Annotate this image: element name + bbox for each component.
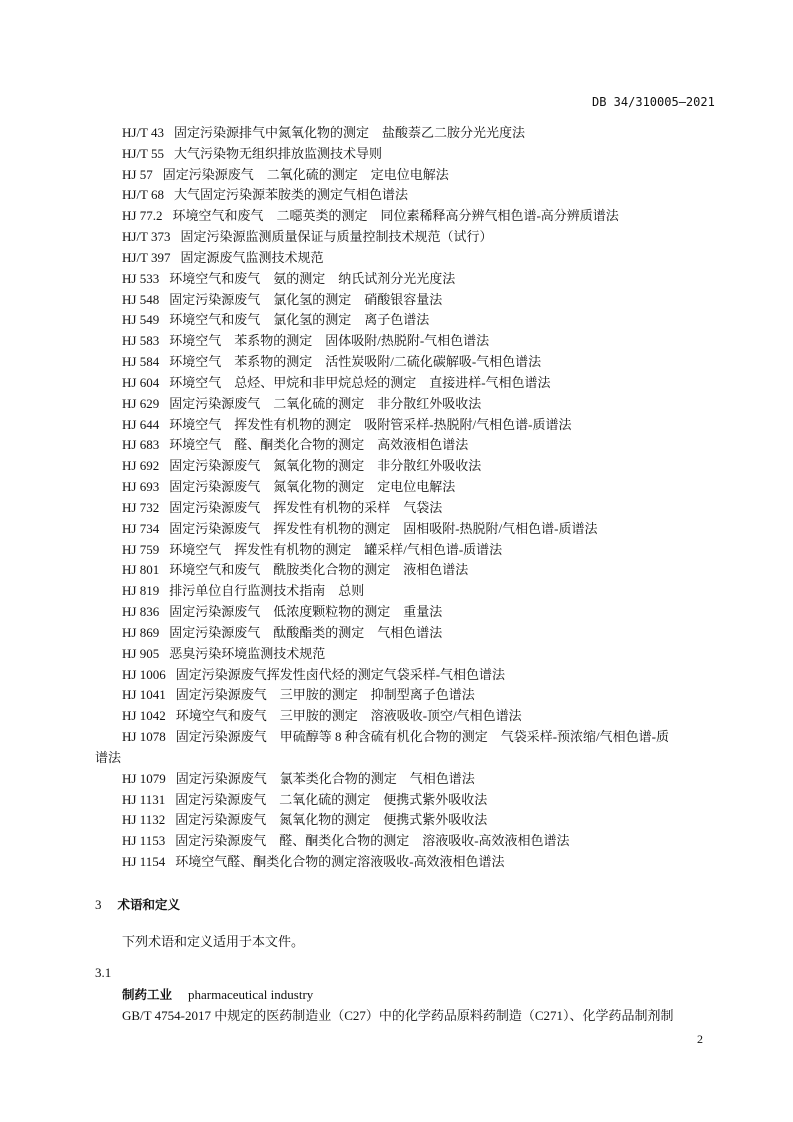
reference-item: HJ 801环境空气和废气 酰胺类化合物的测定 液相色谱法 [0, 560, 793, 581]
reference-title: 环境空气和废气 酰胺类化合物的测定 液相色谱法 [169, 562, 468, 577]
reference-title: 固定污染源废气 挥发性有机物的测定 固相吸附-热脱附/气相色谱-质谱法 [169, 521, 597, 536]
reference-code: HJ 732 [122, 498, 159, 519]
reference-line: HJ 1079固定污染源废气 氯苯类化合物的测定 气相色谱法 [122, 769, 475, 790]
reference-line: HJ 1006固定污染源废气挥发性卤代烃的测定气袋采样-气相色谱法 [122, 665, 505, 686]
reference-title: 大气固定污染源苯胺类的测定气相色谱法 [174, 187, 408, 202]
reference-title: 固定污染源监测质量保证与质量控制技术规范（试行） [181, 229, 493, 244]
reference-item: HJ 57固定污染源废气 二氧化硫的测定 定电位电解法 [0, 165, 793, 186]
reference-item: HJ 549环境空气和废气 氯化氢的测定 离子色谱法 [0, 310, 793, 331]
reference-code: HJ/T 55 [122, 144, 164, 165]
reference-code: HJ 549 [122, 310, 159, 331]
reference-item: HJ 1153固定污染源废气 醛、酮类化合物的测定 溶液吸收-高效液相色谱法 [0, 831, 793, 852]
reference-line: HJ 1078固定污染源废气 甲硫醇等 8 种含硫有机化合物的测定 气袋采样-预… [122, 727, 669, 748]
reference-line: HJ 905恶臭污染环境监测技术规范 [122, 644, 325, 665]
reference-code: HJ 692 [122, 456, 159, 477]
reference-code: HJ 583 [122, 331, 159, 352]
reference-line: HJ 734固定污染源废气 挥发性有机物的测定 固相吸附-热脱附/气相色谱-质谱… [122, 519, 597, 540]
reference-code: HJ 584 [122, 352, 159, 373]
reference-title: 固定污染源废气 甲硫醇等 8 种含硫有机化合物的测定 气袋采样-预浓缩/气相色谱… [176, 729, 669, 744]
reference-title: 环境空气 总烃、甲烷和非甲烷总烃的测定 直接进样-气相色谱法 [169, 375, 550, 390]
reference-item: HJ 1154环境空气醛、酮类化合物的测定溶液吸收-高效液相色谱法 [0, 852, 793, 873]
reference-item: HJ/T 397固定源废气监测技术规范 [0, 248, 793, 269]
reference-line: HJ 683环境空气 醛、酮类化合物的测定 高效液相色谱法 [122, 435, 468, 456]
reference-title: 环境空气 挥发性有机物的测定 吸附管采样-热脱附/气相色谱-质谱法 [169, 417, 571, 432]
reference-title: 恶臭污染环境监测技术规范 [169, 646, 325, 661]
reference-code: HJ 533 [122, 269, 159, 290]
reference-code: HJ 869 [122, 623, 159, 644]
normative-references-list: HJ/T 43固定污染源排气中氮氧化物的测定 盐酸萘乙二胺分光光度法HJ/T 5… [0, 123, 793, 873]
reference-code: HJ 1153 [122, 831, 165, 852]
term-entry: 制药工业pharmaceutical industry [122, 985, 313, 1005]
reference-line: HJ 548固定污染源废气 氯化氢的测定 硝酸银容量法 [122, 290, 442, 311]
reference-item: HJ 1006固定污染源废气挥发性卤代烃的测定气袋采样-气相色谱法 [0, 665, 793, 686]
term-chinese: 制药工业 [122, 987, 172, 1002]
reference-item: HJ 1042环境空气和废气 三甲胺的测定 溶液吸收-顶空/气相色谱法 [0, 706, 793, 727]
reference-code: HJ 1079 [122, 769, 166, 790]
reference-code: HJ 604 [122, 373, 159, 394]
reference-item: HJ/T 68大气固定污染源苯胺类的测定气相色谱法 [0, 185, 793, 206]
reference-line: HJ 732固定污染源废气 挥发性有机物的采样 气袋法 [122, 498, 442, 519]
reference-code: HJ 759 [122, 540, 159, 561]
reference-title: 固定污染源废气 酞酸酯类的测定 气相色谱法 [169, 625, 442, 640]
reference-line: HJ 819排污单位自行监测技术指南 总则 [122, 581, 364, 602]
reference-line: HJ 1132固定污染源废气 氮氧化物的测定 便携式紫外吸收法 [122, 810, 487, 831]
reference-line: HJ 759环境空气 挥发性有机物的测定 罐采样/气相色谱-质谱法 [122, 540, 502, 561]
reference-line: HJ 1153固定污染源废气 醛、酮类化合物的测定 溶液吸收-高效液相色谱法 [122, 831, 570, 852]
reference-code: HJ 801 [122, 560, 159, 581]
reference-line: HJ 836固定污染源废气 低浓度颗粒物的测定 重量法 [122, 602, 442, 623]
reference-line: HJ 1154环境空气醛、酮类化合物的测定溶液吸收-高效液相色谱法 [122, 852, 505, 873]
section-title: 术语和定义 [118, 897, 181, 912]
reference-item: HJ 584环境空气 苯系物的测定 活性炭吸附/二硫化碳解吸-气相色谱法 [0, 352, 793, 373]
reference-title: 固定污染源废气 氯化氢的测定 硝酸银容量法 [169, 292, 442, 307]
reference-code: HJ 1041 [122, 685, 166, 706]
reference-code: HJ/T 68 [122, 185, 164, 206]
reference-line: HJ/T 43固定污染源排气中氮氧化物的测定 盐酸萘乙二胺分光光度法 [122, 123, 525, 144]
reference-item: HJ 819排污单位自行监测技术指南 总则 [0, 581, 793, 602]
reference-code: HJ 548 [122, 290, 159, 311]
reference-item: HJ 1041固定污染源废气 三甲胺的测定 抑制型离子色谱法 [0, 685, 793, 706]
reference-title: 固定污染源废气 氮氧化物的测定 定电位电解法 [169, 479, 455, 494]
reference-item: HJ 836固定污染源废气 低浓度颗粒物的测定 重量法 [0, 602, 793, 623]
reference-item: HJ/T 43固定污染源排气中氮氧化物的测定 盐酸萘乙二胺分光光度法 [0, 123, 793, 144]
reference-line: HJ 549环境空气和废气 氯化氢的测定 离子色谱法 [122, 310, 429, 331]
reference-line: HJ 1042环境空气和废气 三甲胺的测定 溶液吸收-顶空/气相色谱法 [122, 706, 522, 727]
reference-item: HJ 905恶臭污染环境监测技术规范 [0, 644, 793, 665]
reference-title: 环境空气 挥发性有机物的测定 罐采样/气相色谱-质谱法 [169, 542, 502, 557]
reference-code: HJ 1131 [122, 790, 165, 811]
reference-code: HJ 693 [122, 477, 159, 498]
reference-line: HJ/T 55大气污染物无组织排放监测技术导则 [122, 144, 382, 165]
reference-title: 固定污染源废气 二氧化硫的测定 定电位电解法 [163, 167, 449, 182]
reference-line: HJ 692固定污染源废气 氮氧化物的测定 非分散红外吸收法 [122, 456, 481, 477]
document-number-header: DB 34/310005—2021 [592, 95, 715, 109]
reference-line: HJ 584环境空气 苯系物的测定 活性炭吸附/二硫化碳解吸-气相色谱法 [122, 352, 541, 373]
section-heading: 3术语和定义 [95, 895, 180, 915]
reference-item: HJ 644环境空气 挥发性有机物的测定 吸附管采样-热脱附/气相色谱-质谱法 [0, 415, 793, 436]
reference-item: HJ 77.2环境空气和废气 二噁英类的测定 同位素稀释高分辨气相色谱-高分辨质… [0, 206, 793, 227]
reference-title: 环境空气和废气 氯化氢的测定 离子色谱法 [169, 312, 429, 327]
reference-line: HJ 604环境空气 总烃、甲烷和非甲烷总烃的测定 直接进样-气相色谱法 [122, 373, 551, 394]
reference-title: 固定污染源废气 低浓度颗粒物的测定 重量法 [169, 604, 442, 619]
reference-title: 固定污染源废气 二氧化硫的测定 便携式紫外吸收法 [175, 792, 487, 807]
reference-item: HJ 732固定污染源废气 挥发性有机物的采样 气袋法 [0, 498, 793, 519]
reference-title: 环境空气 苯系物的测定 固体吸附/热脱附-气相色谱法 [169, 333, 489, 348]
reference-line: HJ 693固定污染源废气 氮氧化物的测定 定电位电解法 [122, 477, 455, 498]
reference-item: HJ 629固定污染源废气 二氧化硫的测定 非分散红外吸收法 [0, 394, 793, 415]
reference-line: HJ 1131固定污染源废气 二氧化硫的测定 便携式紫外吸收法 [122, 790, 487, 811]
reference-title: 固定污染源废气 氯苯类化合物的测定 气相色谱法 [176, 771, 475, 786]
reference-line: HJ 1041固定污染源废气 三甲胺的测定 抑制型离子色谱法 [122, 685, 475, 706]
reference-item: HJ 1078固定污染源废气 甲硫醇等 8 种含硫有机化合物的测定 气袋采样-预… [0, 727, 793, 748]
reference-code: HJ 1006 [122, 665, 166, 686]
reference-title: 环境空气和废气 氨的测定 纳氏试剂分光光度法 [169, 271, 455, 286]
section-number: 3 [95, 897, 102, 912]
reference-code: HJ 1132 [122, 810, 165, 831]
reference-line: HJ 801环境空气和废气 酰胺类化合物的测定 液相色谱法 [122, 560, 468, 581]
reference-title: 环境空气和废气 二噁英类的测定 同位素稀释高分辨气相色谱-高分辨质谱法 [172, 208, 618, 223]
reference-title: 固定污染源废气 氮氧化物的测定 便携式紫外吸收法 [175, 812, 487, 827]
reference-line: HJ 629固定污染源废气 二氧化硫的测定 非分散红外吸收法 [122, 394, 481, 415]
reference-code: HJ/T 397 [122, 248, 171, 269]
reference-title: 环境空气 苯系物的测定 活性炭吸附/二硫化碳解吸-气相色谱法 [169, 354, 541, 369]
reference-item: HJ 693固定污染源废气 氮氧化物的测定 定电位电解法 [0, 477, 793, 498]
reference-item: HJ 683环境空气 醛、酮类化合物的测定 高效液相色谱法 [0, 435, 793, 456]
term-english: pharmaceutical industry [188, 987, 313, 1002]
reference-title: 固定污染源废气 三甲胺的测定 抑制型离子色谱法 [176, 687, 475, 702]
reference-title: 环境空气 醛、酮类化合物的测定 高效液相色谱法 [169, 437, 468, 452]
reference-code: HJ/T 43 [122, 123, 164, 144]
reference-code: HJ 836 [122, 602, 159, 623]
reference-item: HJ 869固定污染源废气 酞酸酯类的测定 气相色谱法 [0, 623, 793, 644]
reference-item: HJ 1131固定污染源废气 二氧化硫的测定 便携式紫外吸收法 [0, 790, 793, 811]
reference-code: HJ 629 [122, 394, 159, 415]
reference-item-continuation: 谱法 [0, 748, 793, 769]
reference-item: HJ 1079固定污染源废气 氯苯类化合物的测定 气相色谱法 [0, 769, 793, 790]
reference-code: HJ 1042 [122, 706, 166, 727]
reference-item: HJ/T 55大气污染物无组织排放监测技术导则 [0, 144, 793, 165]
reference-code: HJ 1078 [122, 727, 166, 748]
reference-item: HJ 734固定污染源废气 挥发性有机物的测定 固相吸附-热脱附/气相色谱-质谱… [0, 519, 793, 540]
page-number: 2 [697, 1032, 703, 1047]
section-intro: 下列术语和定义适用于本文件。 [122, 932, 304, 952]
reference-line: HJ/T 373固定污染源监测质量保证与质量控制技术规范（试行） [122, 227, 493, 248]
reference-line: HJ/T 68大气固定污染源苯胺类的测定气相色谱法 [122, 185, 408, 206]
reference-code: HJ 77.2 [122, 206, 162, 227]
reference-code: HJ 734 [122, 519, 159, 540]
reference-item: HJ 692固定污染源废气 氮氧化物的测定 非分散红外吸收法 [0, 456, 793, 477]
reference-line: HJ 583环境空气 苯系物的测定 固体吸附/热脱附-气相色谱法 [122, 331, 489, 352]
clause-number: 3.1 [95, 963, 111, 983]
reference-title: 固定污染源废气 醛、酮类化合物的测定 溶液吸收-高效液相色谱法 [175, 833, 569, 848]
reference-title: 固定污染源废气挥发性卤代烃的测定气袋采样-气相色谱法 [176, 667, 505, 682]
reference-title: 固定污染源废气 氮氧化物的测定 非分散红外吸收法 [169, 458, 481, 473]
reference-code: HJ 57 [122, 165, 153, 186]
term-definition: GB/T 4754-2017 中规定的医药制造业（C27）中的化学药品原料药制造… [122, 1006, 674, 1026]
reference-title: 固定污染源排气中氮氧化物的测定 盐酸萘乙二胺分光光度法 [174, 125, 525, 140]
reference-code: HJ 683 [122, 435, 159, 456]
reference-item: HJ 533环境空气和废气 氨的测定 纳氏试剂分光光度法 [0, 269, 793, 290]
reference-item: HJ/T 373固定污染源监测质量保证与质量控制技术规范（试行） [0, 227, 793, 248]
reference-code: HJ/T 373 [122, 227, 171, 248]
reference-item: HJ 583环境空气 苯系物的测定 固体吸附/热脱附-气相色谱法 [0, 331, 793, 352]
reference-title-wrap: 谱法 [95, 748, 121, 769]
reference-line: HJ 869固定污染源废气 酞酸酯类的测定 气相色谱法 [122, 623, 442, 644]
reference-title: 固定污染源废气 挥发性有机物的采样 气袋法 [169, 500, 442, 515]
reference-code: HJ 819 [122, 581, 159, 602]
reference-title: 固定污染源废气 二氧化硫的测定 非分散红外吸收法 [169, 396, 481, 411]
reference-title: 固定源废气监测技术规范 [181, 250, 324, 265]
reference-item: HJ 548固定污染源废气 氯化氢的测定 硝酸银容量法 [0, 290, 793, 311]
reference-line: HJ/T 397固定源废气监测技术规范 [122, 248, 324, 269]
reference-title: 大气污染物无组织排放监测技术导则 [174, 146, 382, 161]
reference-code: HJ 644 [122, 415, 159, 436]
reference-title: 排污单位自行监测技术指南 总则 [169, 583, 364, 598]
reference-code: HJ 905 [122, 644, 159, 665]
reference-item: HJ 759环境空气 挥发性有机物的测定 罐采样/气相色谱-质谱法 [0, 540, 793, 561]
reference-item: HJ 1132固定污染源废气 氮氧化物的测定 便携式紫外吸收法 [0, 810, 793, 831]
reference-line: HJ 533环境空气和废气 氨的测定 纳氏试剂分光光度法 [122, 269, 455, 290]
reference-title: 环境空气醛、酮类化合物的测定溶液吸收-高效液相色谱法 [175, 854, 504, 869]
reference-line: HJ 644环境空气 挥发性有机物的测定 吸附管采样-热脱附/气相色谱-质谱法 [122, 415, 571, 436]
reference-title: 环境空气和废气 三甲胺的测定 溶液吸收-顶空/气相色谱法 [176, 708, 522, 723]
reference-line: HJ 77.2环境空气和废气 二噁英类的测定 同位素稀释高分辨气相色谱-高分辨质… [122, 206, 619, 227]
reference-line: HJ 57固定污染源废气 二氧化硫的测定 定电位电解法 [122, 165, 449, 186]
reference-code: HJ 1154 [122, 852, 165, 873]
reference-item: HJ 604环境空气 总烃、甲烷和非甲烷总烃的测定 直接进样-气相色谱法 [0, 373, 793, 394]
